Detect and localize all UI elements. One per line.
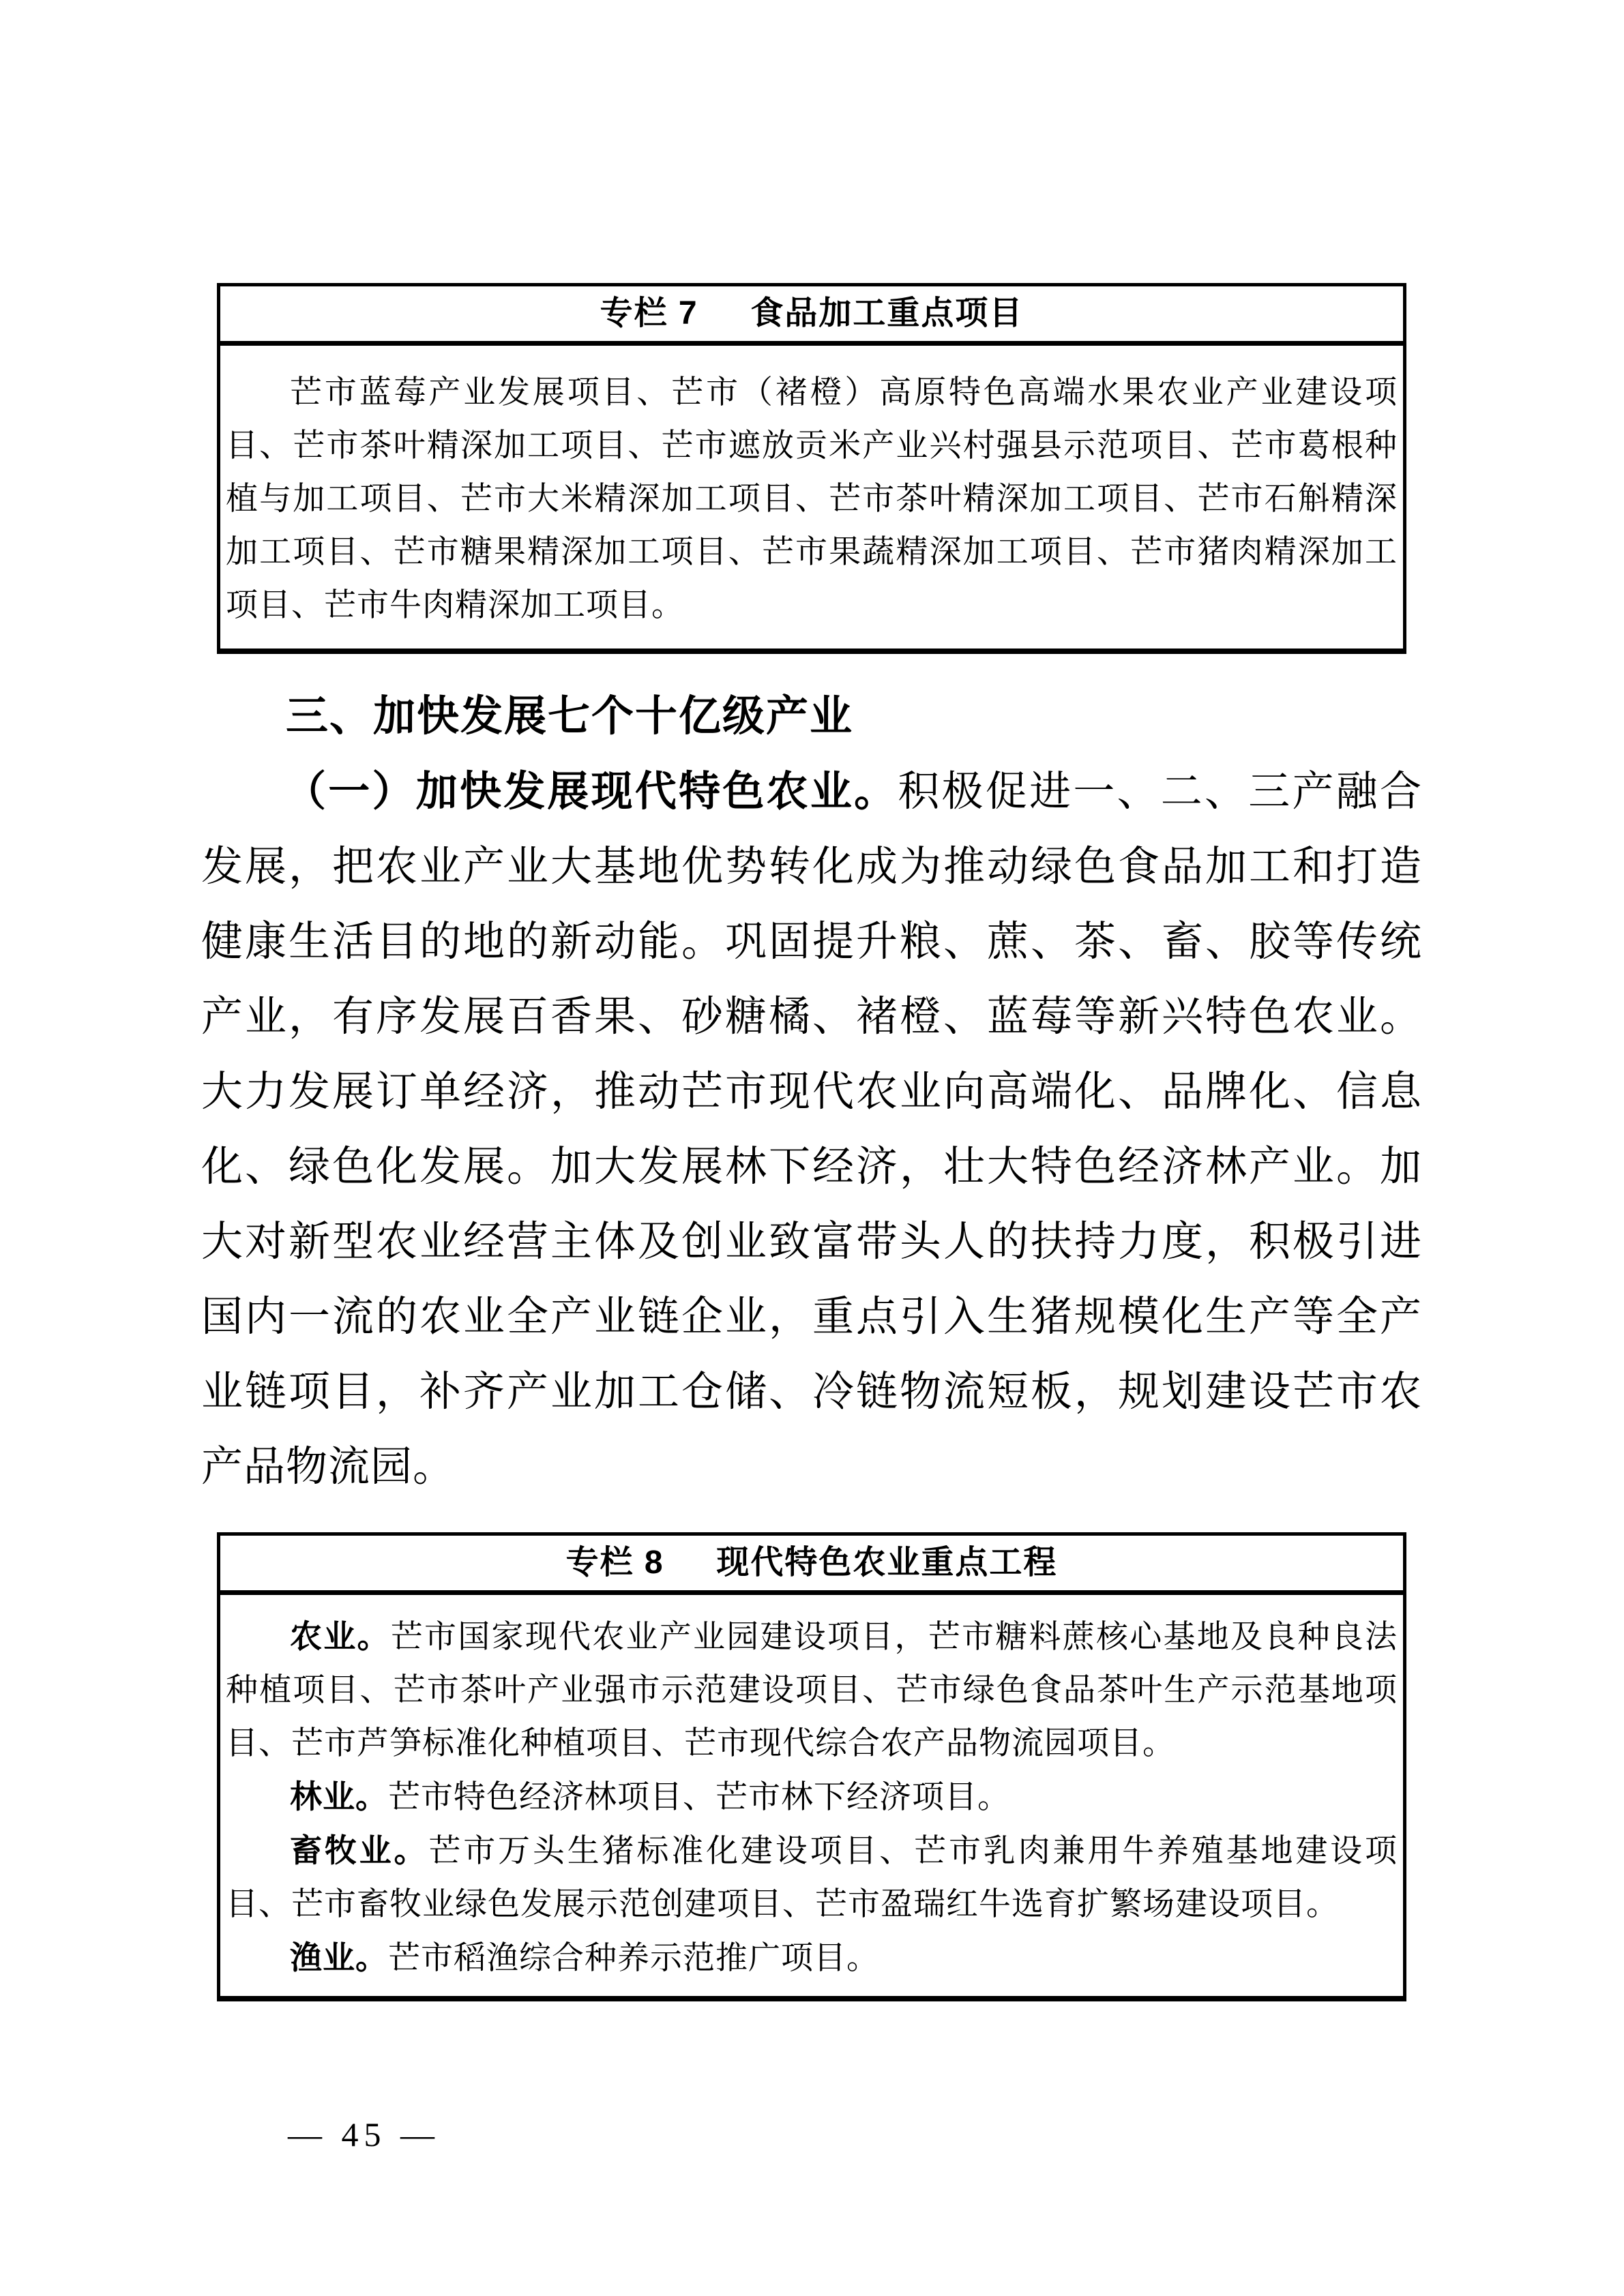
paragraph-lead: （一）加快发展现代特色农业。 — [284, 769, 898, 815]
box8-item-fishery: 渔业。芒市稻渔综合种养示范推广项目。 — [226, 1931, 1398, 1985]
document-page: 专栏 7食品加工重点项目 芒市蓝莓产业发展项目、芒市（褚橙）高原特色高端水果农业… — [0, 0, 1624, 2296]
callout-box-8: 专栏 8现代特色农业重点工程 农业。芒市国家现代农业产业园建设项目，芒市糖料蔗核… — [217, 1532, 1406, 2001]
box8-item-fishery-text: 芒市稻渔综合种养示范推广项目。 — [388, 1941, 879, 1976]
box8-body: 农业。芒市国家现代农业产业园建设项目，芒市糖料蔗核心基地及良种良法种植项目、芒市… — [220, 1595, 1403, 1996]
callout-box-7: 专栏 7食品加工重点项目 芒市蓝莓产业发展项目、芒市（褚橙）高原特色高端水果农业… — [217, 283, 1406, 654]
paragraph-text: 积极促进一、二、三产融合发展，把农业产业大基地优势转化成为推动绿色食品加工和打造… — [201, 769, 1422, 1490]
box7-body: 芒市蓝莓产业发展项目、芒市（褚橙）高原特色高端水果农业产业建设项目、芒市茶叶精深… — [220, 346, 1403, 648]
box8-item-agriculture: 农业。芒市国家现代农业产业园建设项目，芒市糖料蔗核心基地及良种良法种植项目、芒市… — [226, 1610, 1398, 1770]
callout-box-8-wrapper: 专栏 8现代特色农业重点工程 农业。芒市国家现代农业产业园建设项目，芒市糖料蔗核… — [201, 1532, 1422, 2001]
box8-item-agriculture-text: 芒市国家现代农业产业园建设项目，芒市糖料蔗核心基地及良种良法种植项目、芒市茶叶产… — [226, 1620, 1398, 1761]
box8-item-fishery-lead: 渔业。 — [290, 1939, 388, 1976]
box8-title-row: 专栏 8现代特色农业重点工程 — [220, 1536, 1403, 1595]
box8-label: 专栏 8 — [566, 1545, 664, 1581]
box8-item-forestry-text: 芒市特色经济林项目、芒市林下经济项目。 — [388, 1780, 1010, 1815]
box8-item-husbandry-lead: 畜牧业。 — [290, 1832, 428, 1868]
box8-item-forestry: 林业。芒市特色经济林项目、芒市林下经济项目。 — [226, 1770, 1398, 1824]
box7-paragraph: 芒市蓝莓产业发展项目、芒市（褚橙）高原特色高端水果农业产业建设项目、芒市茶叶精深… — [226, 366, 1398, 632]
box8-item-agriculture-lead: 农业。 — [290, 1618, 391, 1654]
box8-heading: 现代特色农业重点工程 — [716, 1545, 1057, 1581]
body-paragraph: （一）加快发展现代特色农业。积极促进一、二、三产融合发展，把农业产业大基地优势转… — [201, 755, 1422, 1505]
page-number: — 45 — — [201, 2114, 1422, 2155]
box8-item-husbandry: 畜牧业。芒市万头生猪标准化建设项目、芒市乳肉兼用牛养殖基地建设项目、芒市畜牧业绿… — [226, 1824, 1398, 1931]
box7-heading: 食品加工重点项目 — [750, 295, 1023, 331]
box7-label: 专栏 7 — [600, 295, 698, 331]
box8-item-forestry-lead: 林业。 — [290, 1778, 388, 1815]
section-heading: 三、加快发展七个十亿级产业 — [201, 687, 1422, 747]
box7-title-row: 专栏 7食品加工重点项目 — [220, 286, 1403, 346]
page-content: 专栏 7食品加工重点项目 芒市蓝莓产业发展项目、芒市（褚橙）高原特色高端水果农业… — [201, 283, 1422, 2155]
